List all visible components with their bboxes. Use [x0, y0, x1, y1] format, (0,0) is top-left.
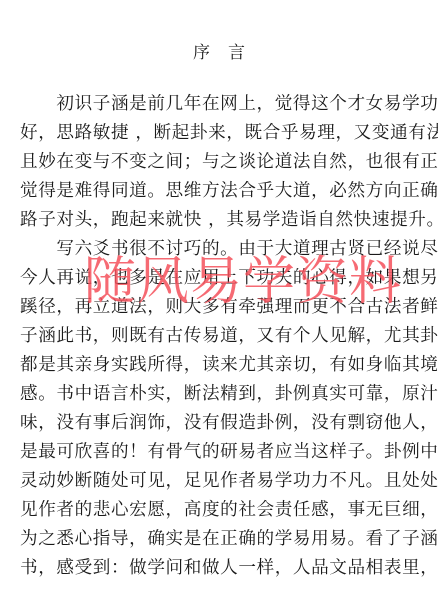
text-line: 觉得是难得同道。思维方法合乎大道，必然方向正确。	[20, 181, 418, 201]
text-line: 见作者的悲心宏愿，高度的社会责任感，事无巨细，均	[20, 500, 418, 520]
watermark: 随风易学资料	[84, 252, 402, 312]
text-line: 是最可欣喜的！有骨气的研易者应当这样子。卦例中，	[20, 442, 418, 462]
text-line: 好，思路敏捷 ，断起卦来，既合乎易理，又变通有法，	[20, 123, 418, 143]
text-line: 感。书中语言朴实，断法精到，卦例真实可靠，原汁原	[20, 384, 418, 404]
scanned-document-page: 序言 初识子涵是前几年在网上，觉得这个才女易学功底 好，思路敏捷 ，断起卦来，既…	[0, 0, 438, 612]
text-line: 且妙在变与不变之间；与之谈论道法自然，也很有正见，	[20, 152, 418, 172]
text-line: 为之悉心指导，确实是在正确的学易用易。看了子涵的	[20, 529, 418, 549]
text-line: 书，感受到：做学问和做人一样，人品文品相表里，不	[20, 558, 418, 578]
text-line: 味，没有事后润饰，没有假造卦例，没有剽窃他人，这	[20, 413, 418, 433]
page-title: 序言	[0, 38, 438, 63]
text-line: 灵动妙断随处可见，足见作者易学功力不凡。且处处可	[20, 471, 418, 491]
text-line: 子涵此书，则既有古传易道，又有个人见解，尤其卦例，	[20, 326, 418, 346]
text-line: 路子对头，跑起来就快 ，其易学造诣自然快速提升。	[20, 210, 418, 230]
text-line: 都是其亲身实践所得，读来尤其亲切，有如身临其境之	[20, 355, 418, 375]
text-line: 初识子涵是前几年在网上，觉得这个才女易学功底	[20, 94, 418, 114]
